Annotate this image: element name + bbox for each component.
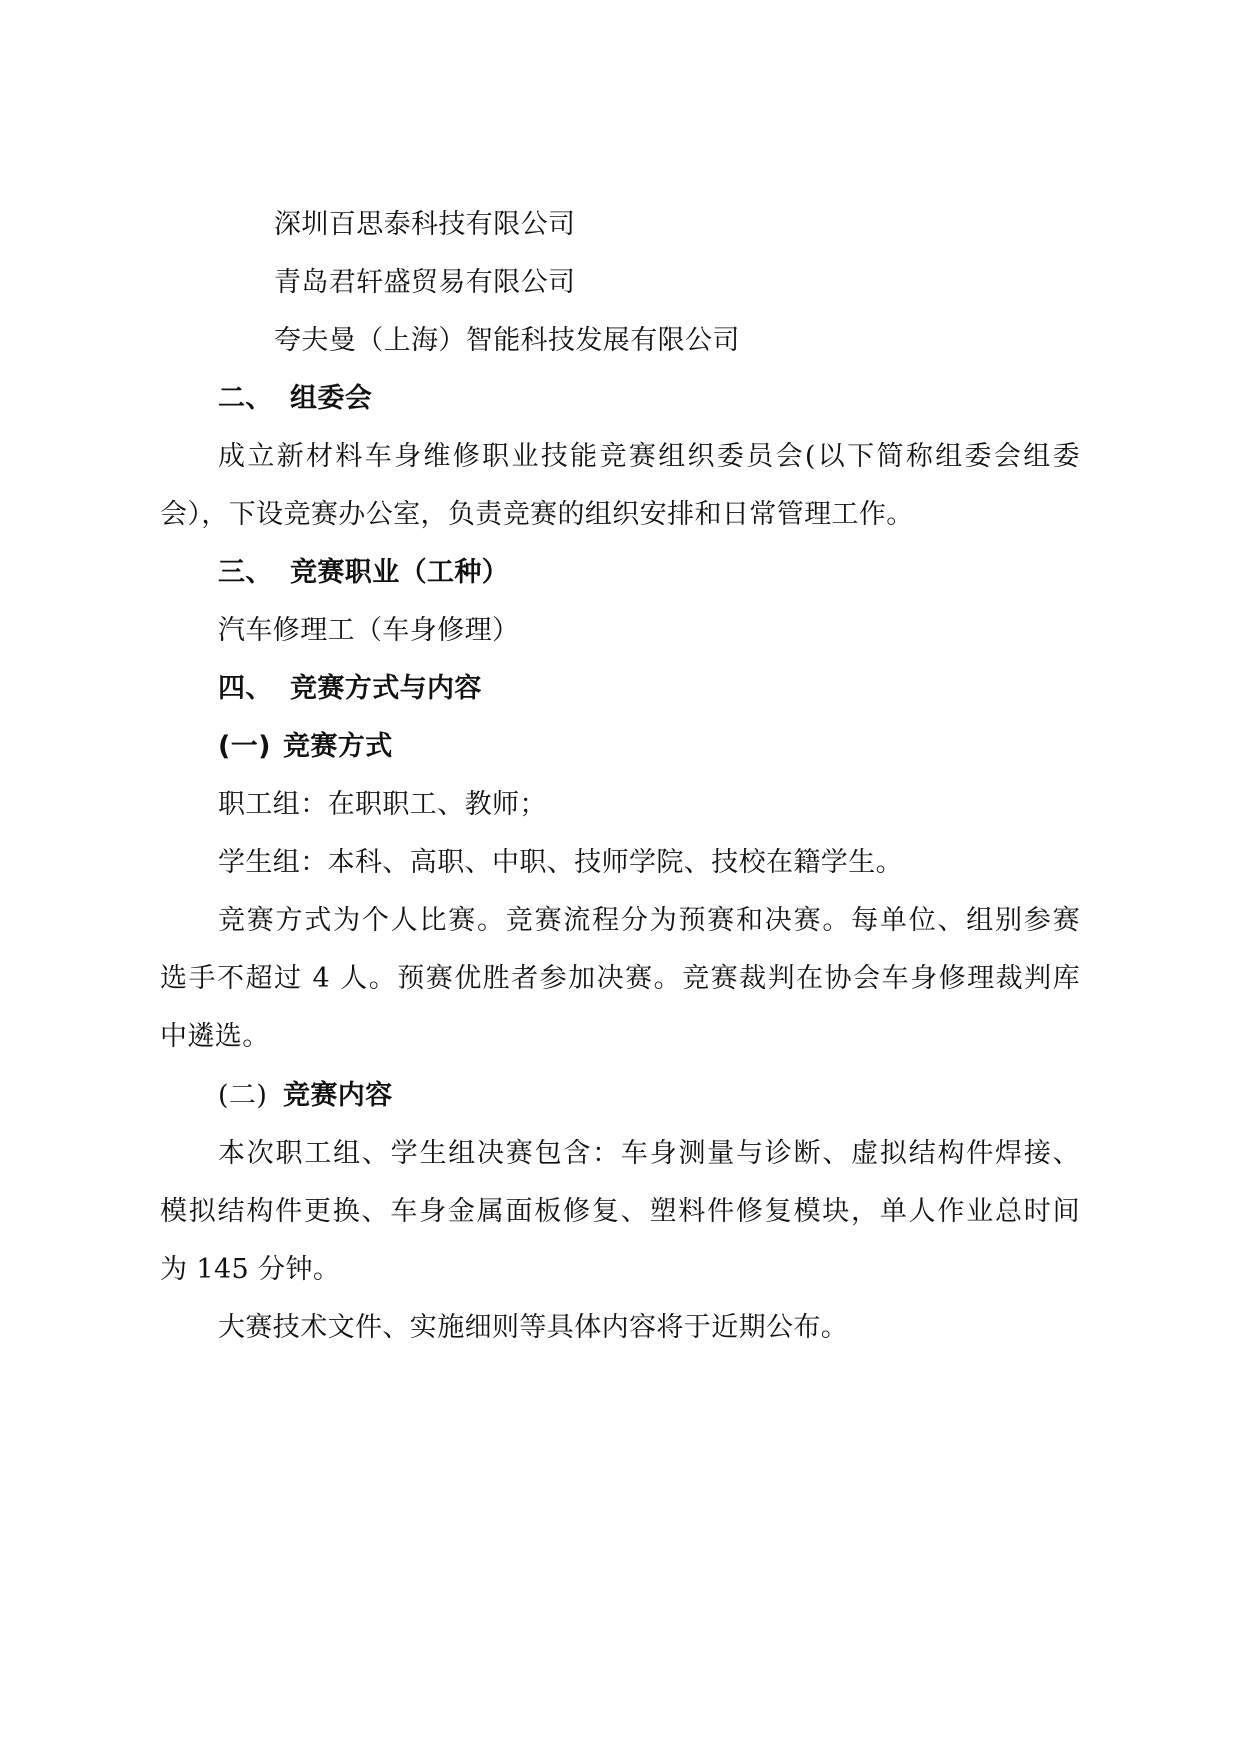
subsection-heading-format: (一)竞赛方式	[160, 727, 1138, 767]
section-number: 三、	[218, 553, 290, 593]
subsection-title: 竞赛内容	[283, 1080, 393, 1111]
subsection-number: (二)	[218, 1076, 283, 1116]
subsection-number: (一)	[218, 727, 283, 767]
occupation-text: 汽车修理工（车身修理）	[160, 611, 1138, 651]
company-name: 夸夫曼（上海）智能科技发展有限公司	[160, 321, 1194, 361]
closing-note: 大赛技术文件、实施细则等具体内容将于近期公布。	[160, 1308, 1138, 1348]
company-name: 深圳百思泰科技有限公司	[160, 205, 1194, 245]
paragraph-line: 本次职工组、学生组决赛包含：车身测量与诊断、虚拟结构件焊接、	[160, 1134, 1080, 1174]
paragraph-line: 模拟结构件更换、车身金属面板修复、塑料件修复模块，单人作业总时间	[160, 1192, 1080, 1232]
section-heading-format-content: 四、竞赛方式与内容	[160, 669, 1138, 709]
section-title: 组委会	[290, 383, 372, 414]
paragraph-line: 竞赛方式为个人比赛。竞赛流程分为预赛和决赛。每单位、组别参赛	[160, 901, 1080, 941]
paragraph-line: 为 145 分钟。	[160, 1250, 1080, 1290]
staff-group-text: 职工组：在职职工、教师；	[160, 785, 1138, 825]
student-group-text: 学生组：本科、高职、中职、技师学院、技校在籍学生。	[160, 843, 1138, 883]
subsection-heading-content: (二)竞赛内容	[160, 1076, 1138, 1116]
section-heading-occupation: 三、竞赛职业（工种）	[160, 553, 1138, 593]
paragraph-line: 选手不超过 4 人。预赛优胜者参加决赛。竞赛裁判在协会车身修理裁判库	[160, 959, 1080, 999]
company-name: 青岛君轩盛贸易有限公司	[160, 263, 1194, 303]
section-number: 二、	[218, 379, 290, 419]
paragraph-line: 中遴选。	[160, 1017, 1080, 1057]
paragraph-line: 会），下设竞赛办公室，负责竞赛的组织安排和日常管理工作。	[160, 495, 1080, 535]
section-heading-organizing-committee: 二、组委会	[160, 379, 1138, 419]
section-title: 竞赛方式与内容	[290, 673, 482, 704]
paragraph-line: 成立新材料车身维修职业技能竞赛组织委员会(以下简称组委会组委	[160, 437, 1080, 477]
subsection-title: 竞赛方式	[283, 731, 393, 762]
section-title: 竞赛职业（工种）	[290, 557, 509, 588]
section-number: 四、	[218, 669, 290, 709]
